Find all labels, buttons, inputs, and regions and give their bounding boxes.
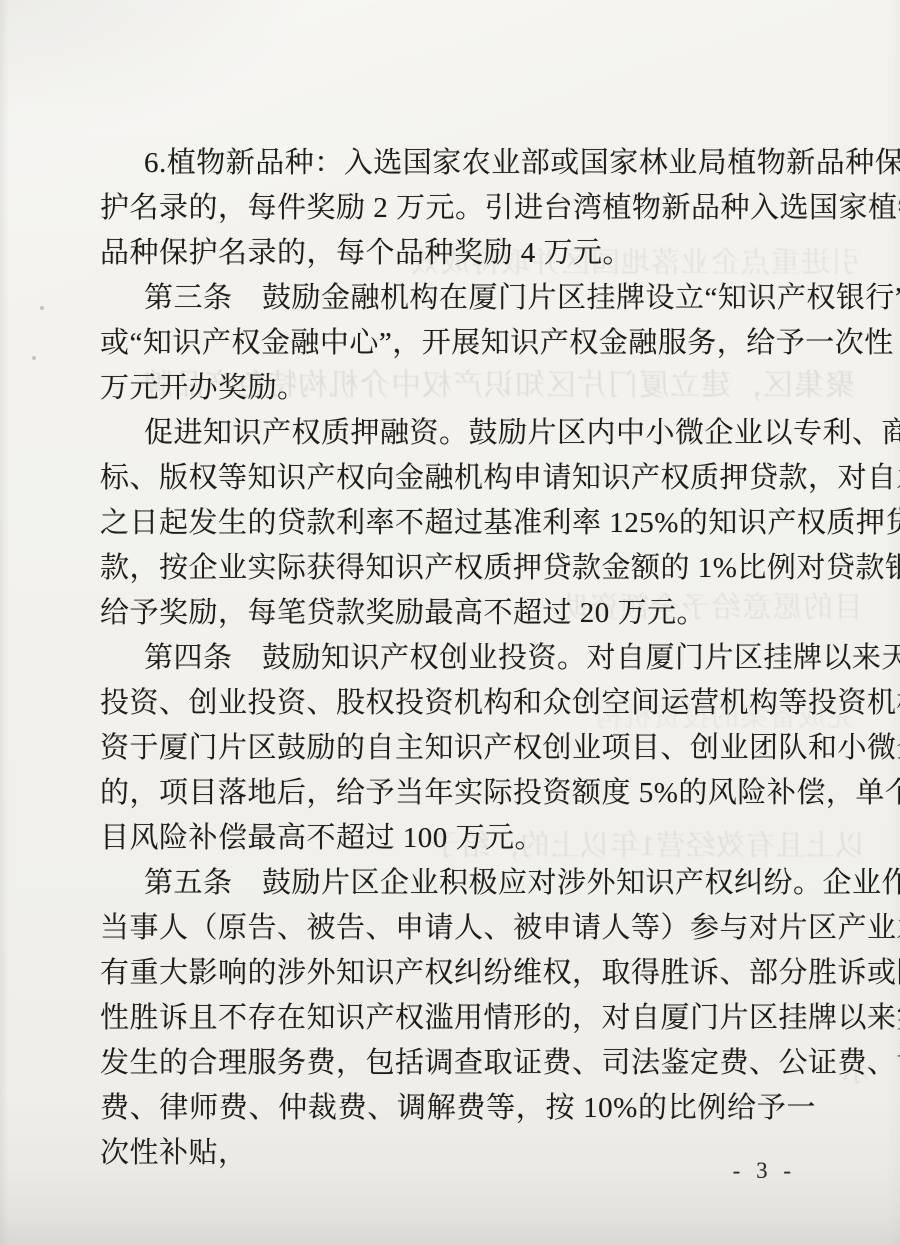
text-line: 当事人（原告、被告、申请人、被申请人等）参与对片区产业发展 (100, 906, 816, 951)
text-line: 的，项目落地后，给予当年实际投资额度 5%的风险补偿，单个项 (100, 771, 816, 816)
scanned-document-page: 聚集区，建立厦门片区知识产权中介机构特色产品牌引进重点企业落地园区并取得成效目的… (0, 0, 900, 1245)
text-line: 护名录的，每件奖励 2 万元。引进台湾植物新品种入选国家植物新 (100, 186, 816, 231)
text-line: 第三条 鼓励金融机构在厦门片区挂牌设立“知识产权银行” (100, 276, 816, 321)
scan-speck (40, 306, 44, 310)
text-line: 费、律师费、仲裁费、调解费等，按 10%的比例给予一次性补贴， (100, 1086, 816, 1131)
text-line: 给予奖励，每笔贷款奖励最高不超过 20 万元。 (100, 591, 816, 636)
text-block: 6.植物新品种：入选国家农业部或国家林业局植物新品种保护名录的，每件奖励 2 万… (100, 141, 816, 1131)
text-line: 投资、创业投资、股权投资机构和众创空间运营机构等投资机构投 (100, 681, 816, 726)
text-line: 标、版权等知识产权向金融机构申请知识产权质押贷款，对自发文 (100, 456, 816, 501)
text-line: 第五条 鼓励片区企业积极应对涉外知识产权纠纷。企业作为 (100, 861, 816, 906)
text-line: 发生的合理服务费，包括调查取证费、司法鉴定费、公证费、诉讼 (100, 1041, 816, 1086)
text-line: 万元开办奖励。 (100, 366, 816, 411)
text-line: 第四条 鼓励知识产权创业投资。对自厦门片区挂牌以来天使 (100, 636, 816, 681)
text-line: 品种保护名录的，每个品种奖励 4 万元。 (100, 231, 816, 276)
page-number: - 3 - (733, 1158, 796, 1184)
text-line: 促进知识产权质押融资。鼓励片区内中小微企业以专利、商 (100, 411, 816, 456)
text-line: 性胜诉且不存在知识产权滥用情形的，对自厦门片区挂牌以来实际 (100, 996, 816, 1041)
text-line: 之日起发生的贷款利率不超过基准利率 125%的知识产权质押贷 (100, 501, 816, 546)
text-line: 6.植物新品种：入选国家农业部或国家林业局植物新品种保 (100, 141, 816, 186)
scan-speck (32, 356, 36, 360)
text-line: 有重大影响的涉外知识产权纠纷维权，取得胜诉、部分胜诉或阶段 (100, 951, 816, 996)
text-line: 款，按企业实际获得知识产权质押贷款金额的 1%比例对贷款银行 (100, 546, 816, 591)
text-line: 资于厦门片区鼓励的自主知识产权创业项目、创业团队和小微企业 (100, 726, 816, 771)
text-line: 目风险补偿最高不超过 100 万元。 (100, 816, 816, 861)
text-line: 或“知识产权金融中心”，开展知识产权金融服务，给予一次性 10 (100, 321, 816, 366)
